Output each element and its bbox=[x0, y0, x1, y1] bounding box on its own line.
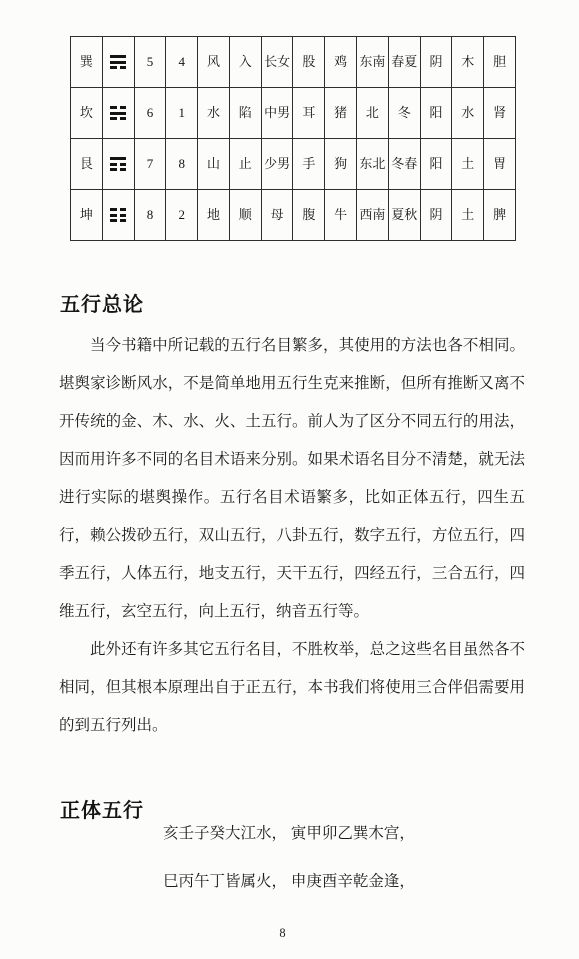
cell-number-a: 6 bbox=[134, 88, 166, 139]
cell-season: 冬 bbox=[388, 88, 420, 139]
cell-yin-yang: 阳 bbox=[420, 88, 452, 139]
cell-family-member: 少男 bbox=[261, 139, 293, 190]
bagua-attribute-table: 巽 5 4 风 入 长女 股 鸡 东南 春夏 阴 木 胆 坎 6 1 水 bbox=[70, 36, 516, 241]
book-page: 巽 5 4 风 入 长女 股 鸡 东南 春夏 阴 木 胆 坎 6 1 水 bbox=[0, 0, 579, 959]
cell-organ: 胆 bbox=[484, 37, 516, 88]
cell-body-part: 手 bbox=[293, 139, 325, 190]
cell-season: 春夏 bbox=[388, 37, 420, 88]
cell-image: 地 bbox=[198, 190, 230, 241]
verse-line: 巳丙午丁皆属火， 申庚酉辛乾金逢， bbox=[163, 858, 415, 906]
cell-family-member: 长女 bbox=[261, 37, 293, 88]
cell-body-part: 耳 bbox=[293, 88, 325, 139]
cell-number-a: 5 bbox=[134, 37, 166, 88]
cell-number-a: 7 bbox=[134, 139, 166, 190]
cell-animal: 鸡 bbox=[325, 37, 357, 88]
cell-image: 水 bbox=[198, 88, 230, 139]
cell-yin-yang: 阴 bbox=[420, 190, 452, 241]
xun-trigram-icon bbox=[110, 55, 127, 69]
cell-organ: 肾 bbox=[484, 88, 516, 139]
cell-image: 风 bbox=[198, 37, 230, 88]
cell-gua-name: 坎 bbox=[71, 88, 103, 139]
kun-trigram-icon bbox=[110, 208, 127, 222]
cell-image: 山 bbox=[198, 139, 230, 190]
page-number: 8 bbox=[0, 926, 565, 941]
cell-animal: 牛 bbox=[325, 190, 357, 241]
table-row: 艮 7 8 山 止 少男 手 狗 东北 冬春 阳 土 胃 bbox=[71, 139, 516, 190]
cell-attribute: 止 bbox=[229, 139, 261, 190]
cell-organ: 胃 bbox=[484, 139, 516, 190]
kan-trigram-icon bbox=[110, 106, 127, 120]
cell-animal: 猪 bbox=[325, 88, 357, 139]
cell-gua-name: 坤 bbox=[71, 190, 103, 241]
cell-yin-yang: 阴 bbox=[420, 37, 452, 88]
trigram-cell bbox=[102, 190, 134, 241]
cell-animal: 狗 bbox=[325, 139, 357, 190]
cell-organ: 脾 bbox=[484, 190, 516, 241]
paragraph-wuxing-overview-2: 此外还有许多其它五行名目，不胜枚举，总之这些名目虽然各不相同，但其根本原理出自于… bbox=[59, 631, 525, 745]
cell-direction: 北 bbox=[357, 88, 389, 139]
cell-body-part: 腹 bbox=[293, 190, 325, 241]
cell-direction: 东北 bbox=[357, 139, 389, 190]
trigram-cell bbox=[102, 37, 134, 88]
cell-direction: 东南 bbox=[357, 37, 389, 88]
section-heading-zhengti-wuxing: 正体五行 bbox=[60, 794, 144, 823]
cell-family-member: 母 bbox=[261, 190, 293, 241]
cell-number-b: 2 bbox=[166, 190, 198, 241]
cell-number-b: 4 bbox=[166, 37, 198, 88]
cell-yin-yang: 阳 bbox=[420, 139, 452, 190]
table-row: 坤 8 2 地 顺 母 腹 牛 西南 夏秋 阴 土 脾 bbox=[71, 190, 516, 241]
cell-element: 木 bbox=[452, 37, 484, 88]
trigram-cell bbox=[102, 139, 134, 190]
cell-number-b: 1 bbox=[166, 88, 198, 139]
cell-attribute: 顺 bbox=[229, 190, 261, 241]
cell-family-member: 中男 bbox=[261, 88, 293, 139]
cell-element: 土 bbox=[452, 190, 484, 241]
cell-element: 土 bbox=[452, 139, 484, 190]
cell-gua-name: 巽 bbox=[71, 37, 103, 88]
cell-season: 冬春 bbox=[388, 139, 420, 190]
paragraph-wuxing-overview-1: 当今书籍中所记载的五行名目繁多，其使用的方法也各不相同。堪舆家诊断风水，不是简单… bbox=[59, 327, 525, 631]
cell-season: 夏秋 bbox=[388, 190, 420, 241]
cell-attribute: 入 bbox=[229, 37, 261, 88]
section-heading-wuxing-overview: 五行总论 bbox=[60, 288, 144, 317]
cell-gua-name: 艮 bbox=[71, 139, 103, 190]
gen-trigram-icon bbox=[110, 157, 127, 171]
cell-number-b: 8 bbox=[166, 139, 198, 190]
trigram-cell bbox=[102, 88, 134, 139]
zhengti-wuxing-verse: 亥壬子癸大江水， 寅甲卯乙巽木宫， 巳丙午丁皆属火， 申庚酉辛乾金逢， bbox=[163, 810, 415, 906]
cell-direction: 西南 bbox=[357, 190, 389, 241]
table-row: 巽 5 4 风 入 长女 股 鸡 东南 春夏 阴 木 胆 bbox=[71, 37, 516, 88]
table-row: 坎 6 1 水 陷 中男 耳 猪 北 冬 阳 水 肾 bbox=[71, 88, 516, 139]
cell-number-a: 8 bbox=[134, 190, 166, 241]
cell-attribute: 陷 bbox=[229, 88, 261, 139]
verse-line: 亥壬子癸大江水， 寅甲卯乙巽木宫， bbox=[163, 810, 415, 858]
cell-body-part: 股 bbox=[293, 37, 325, 88]
cell-element: 水 bbox=[452, 88, 484, 139]
